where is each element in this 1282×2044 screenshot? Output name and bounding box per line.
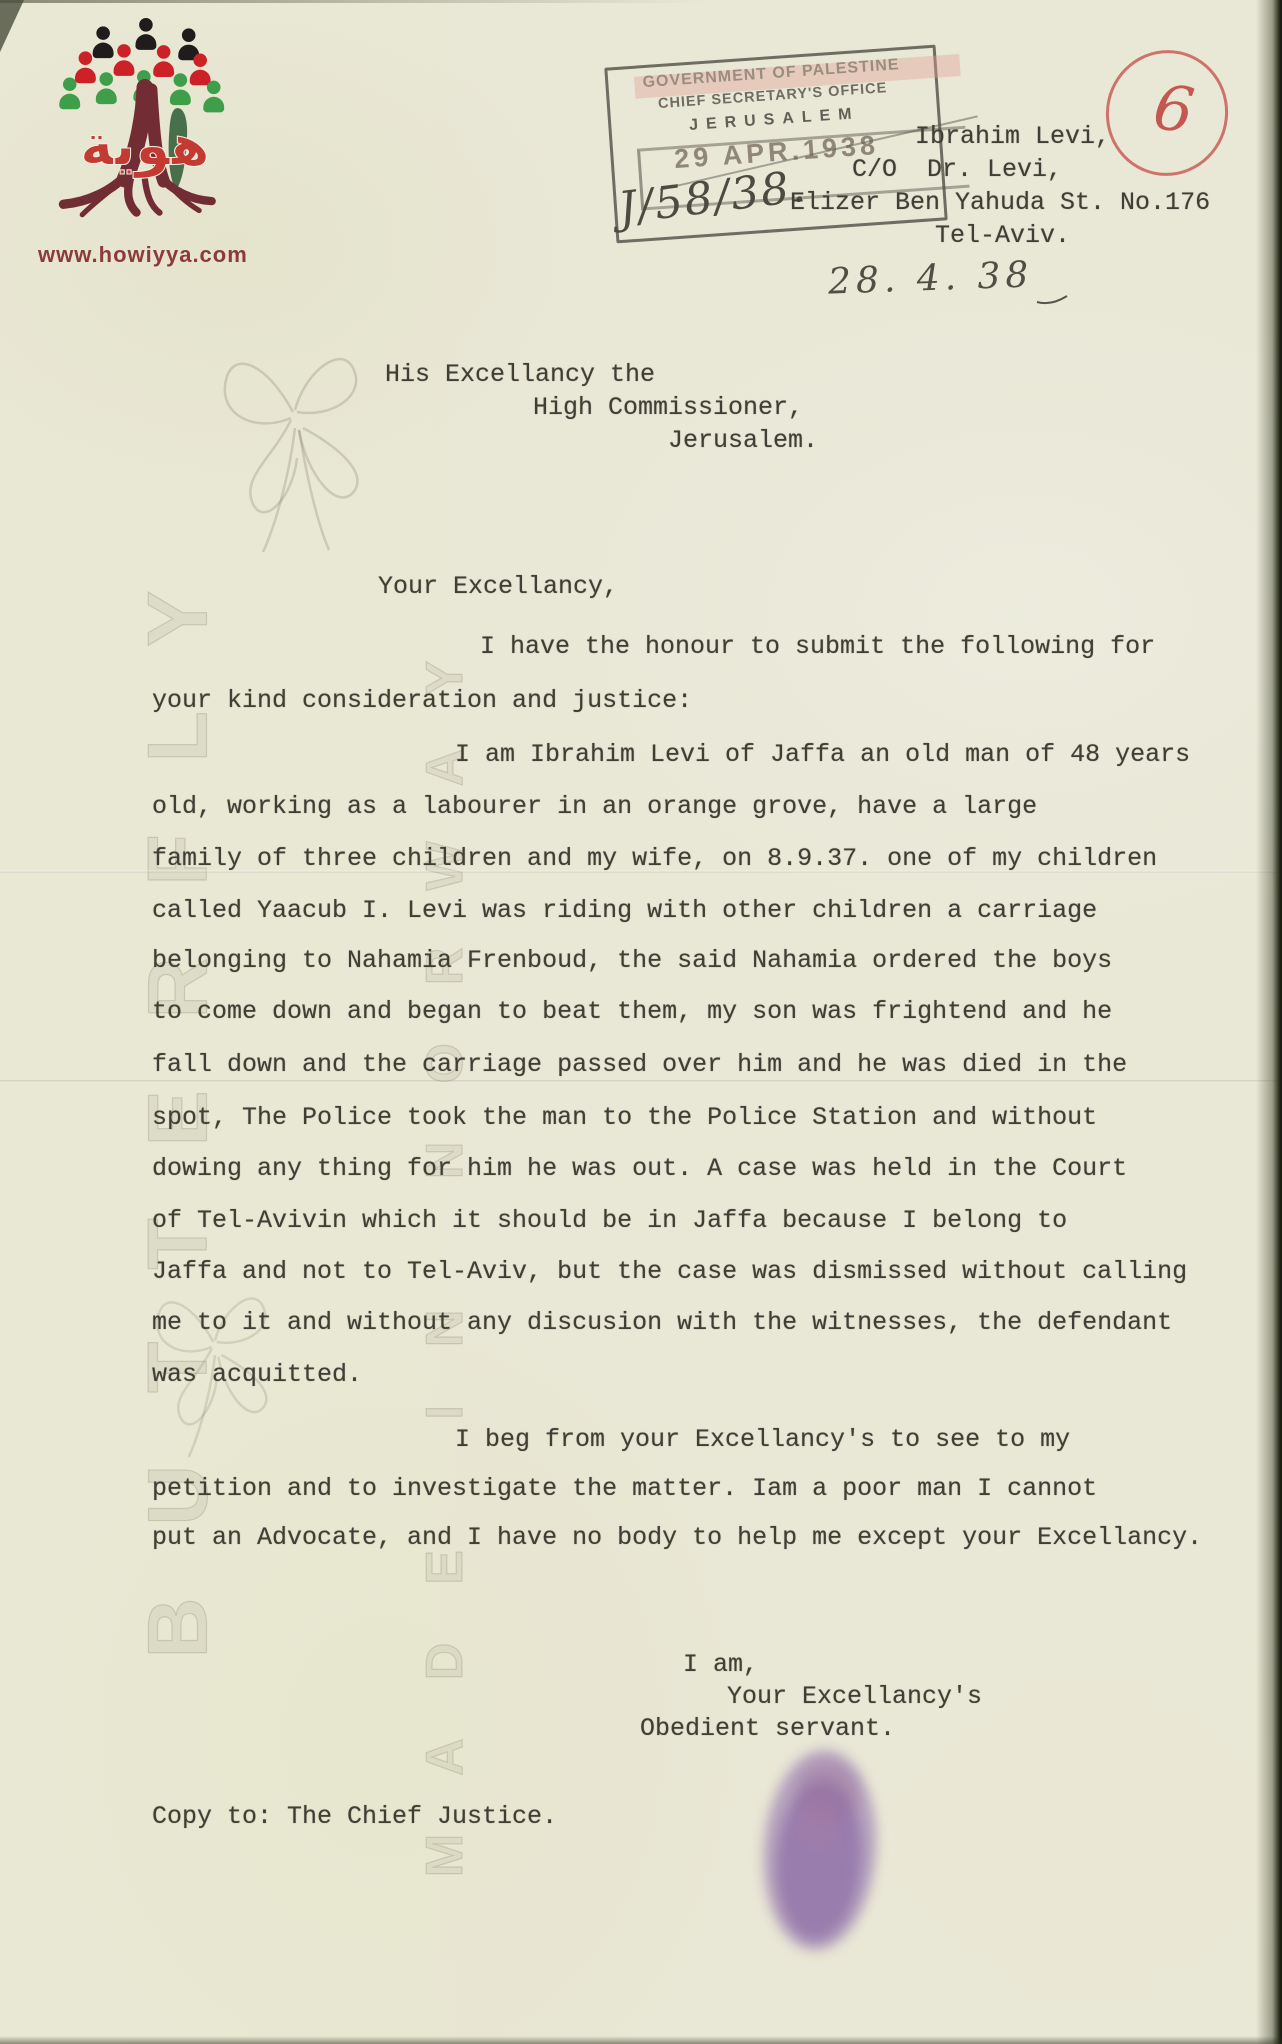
body-line: old, working as a labourer in an orange … — [152, 792, 1037, 822]
body-line: family of three children and my wife, on… — [152, 844, 1157, 874]
page-corner-fold — [0, 0, 24, 52]
closing-line-2: Your Excellancy's — [727, 1682, 982, 1712]
thumbprint-mark — [727, 1722, 913, 1973]
recipient-line-1: His Excellancy the — [385, 360, 655, 390]
page-number: 6 — [1149, 70, 1198, 148]
closing-line-1: I am, — [683, 1650, 758, 1680]
body-line: of Tel-Avivin which it should be in Jaff… — [152, 1206, 1067, 1236]
body-line: your kind consideration and justice: — [152, 686, 692, 716]
sender-name: Ibrahim Levi, — [915, 122, 1110, 152]
body-line: I have the honour to submit the followin… — [480, 632, 1155, 662]
date-flourish-icon — [1035, 292, 1069, 306]
sender-street: Elizer Ben Yahuda St. No.176 — [790, 188, 1210, 218]
recipient-line-2: High Commissioner, — [533, 393, 803, 423]
howiyya-tree-icon: هوية — [28, 6, 268, 246]
copy-to-line: Copy to: The Chief Justice. — [152, 1802, 557, 1832]
page-number-circle: 6 — [1094, 39, 1240, 188]
body-line: belonging to Nahamia Frenboud, the said … — [152, 946, 1112, 976]
page-edge-shadow-right — [1256, 0, 1282, 2044]
fold-crease — [0, 1080, 1282, 1083]
body-line: spot, The Police took the man to the Pol… — [152, 1103, 1097, 1133]
body-line: Jaffa and not to Tel-Aviv, but the case … — [152, 1257, 1187, 1287]
body-line: I beg from your Excellancy's to see to m… — [455, 1425, 1070, 1455]
body-line: called Yaacub I. Levi was riding with ot… — [152, 896, 1097, 926]
body-line: petition and to investigate the matter. … — [152, 1474, 1097, 1504]
handwritten-date: 28. 4. 38 — [827, 254, 1034, 302]
body-line: me to it and without any discusion with … — [152, 1308, 1172, 1338]
page-edge-shadow-bottom — [0, 2036, 1282, 2044]
body-line: fall down and the carriage passed over h… — [152, 1050, 1127, 1080]
body-line: put an Advocate, and I have no body to h… — [152, 1523, 1202, 1553]
logo-website-url: www.howiyya.com — [38, 242, 288, 268]
watermark-butterfly-text: BUTTERFLY — [130, 489, 227, 1689]
svg-text:هوية: هوية — [80, 114, 210, 179]
page-edge-shadow-top — [0, 0, 705, 3]
body-line: dowing any thing for him he was out. A c… — [152, 1154, 1127, 1184]
howiyya-logo: هوية — [28, 6, 278, 251]
body-line: I am Ibrahim Levi of Jaffa an old man of… — [455, 740, 1190, 770]
sender-care-of: C/O Dr. Levi, — [852, 155, 1062, 185]
sender-city: Tel-Aviv. — [935, 221, 1070, 251]
watermark-butterfly-outline-icon — [205, 300, 385, 580]
recipient-line-3: Jerusalem. — [668, 426, 818, 456]
body-line: to come down and began to beat them, my … — [152, 997, 1112, 1027]
salutation: Your Excellancy, — [378, 572, 618, 602]
body-line: was acquitted. — [152, 1360, 362, 1390]
letter-scan-page: BUTTERFLY MADE IN NORWAY — [0, 0, 1282, 2044]
